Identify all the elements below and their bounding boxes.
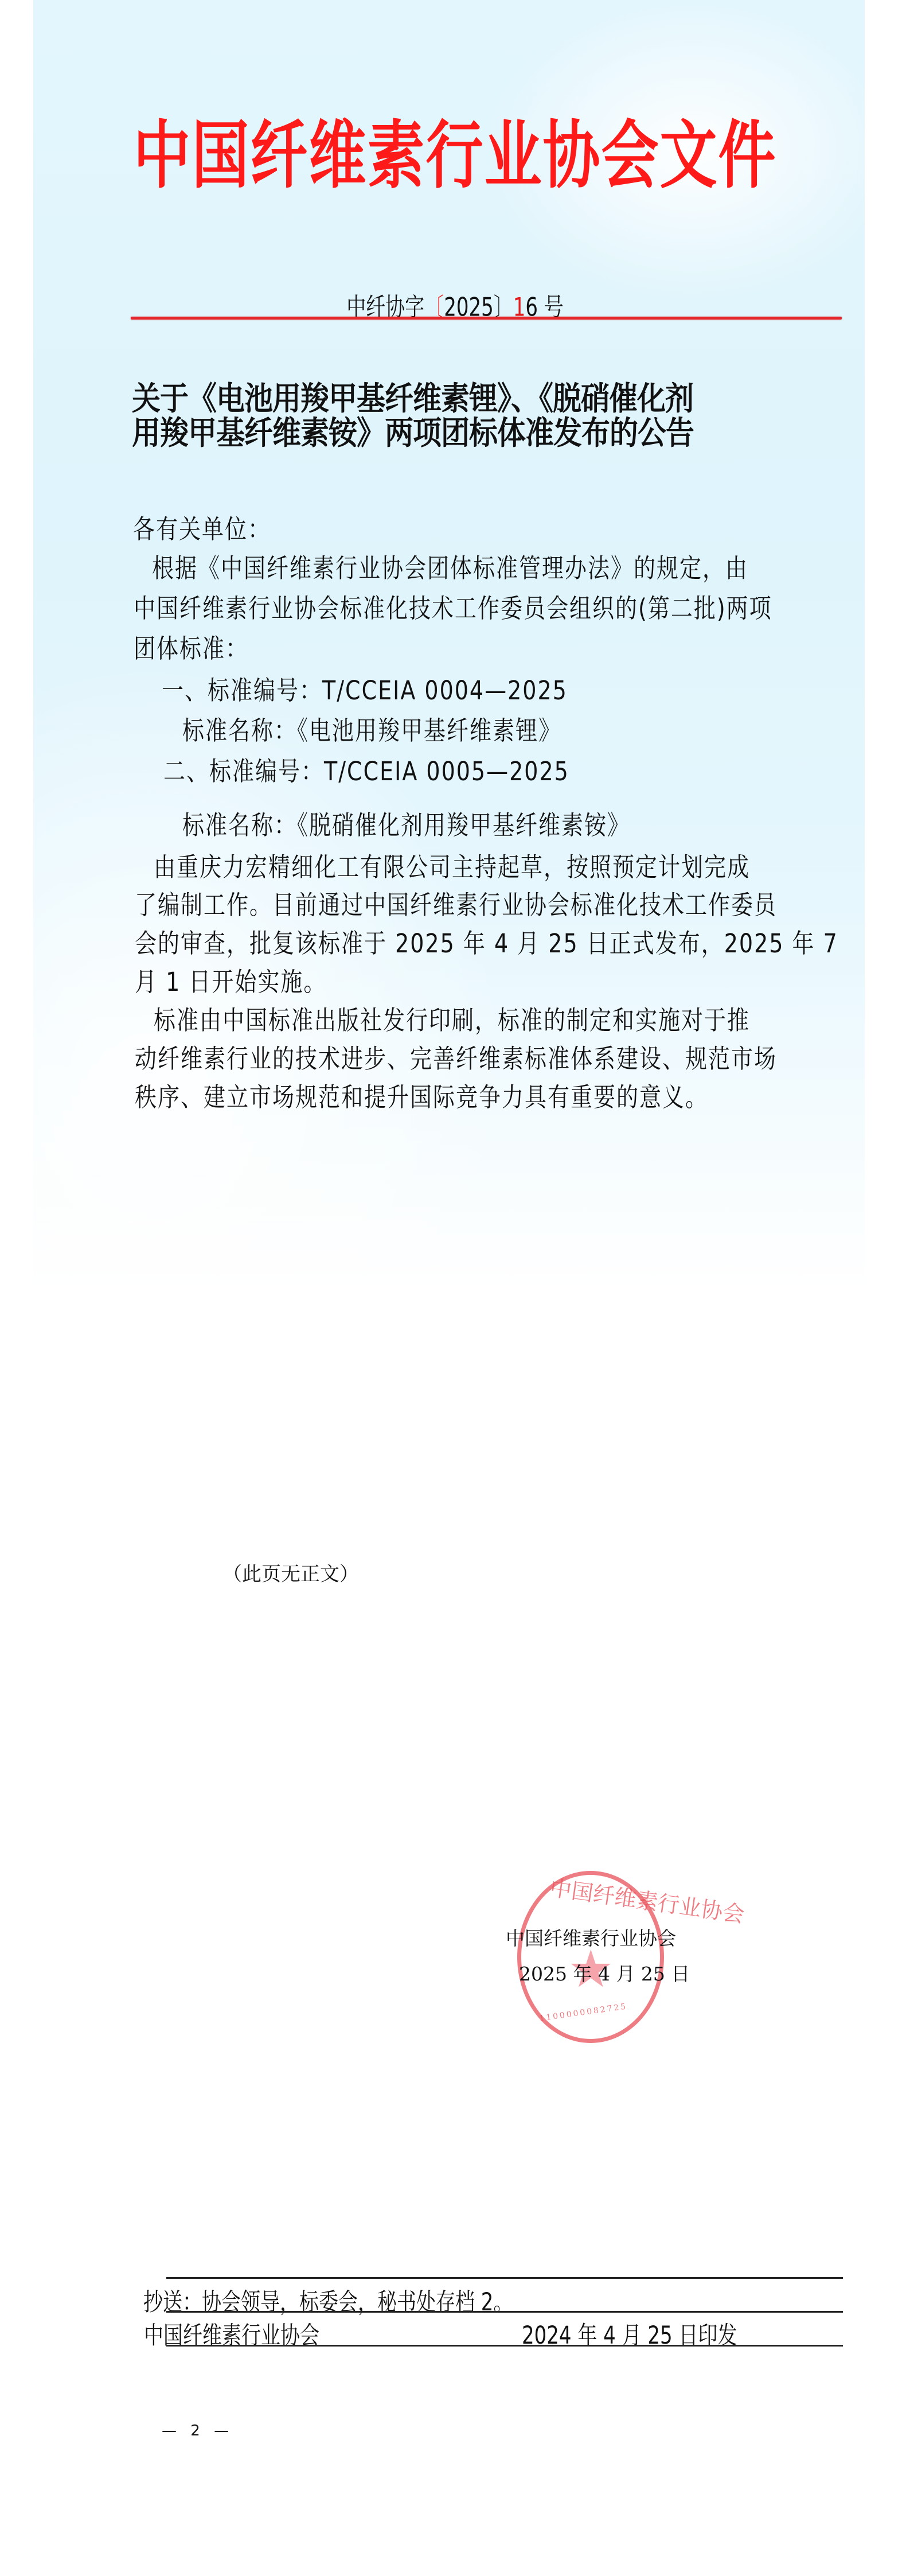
paragraph-1-line-2: 中国纤维素行业协会标准化技术工作委员会组织的(第二批)两项 [134, 587, 772, 625]
document-page: 中国纤维素行业协会文件 中纤协字〔2025〕16 号 关于《电池用羧甲基纤维素锂… [0, 0, 910, 2576]
paragraph-2-line-3: 会的审查，批复该标准于 2025 年 4 月 25 日正式发布，2025 年 7 [135, 922, 838, 960]
standard-1-code-row: 一、标准编号：T/CCEIA 0004—2025 [162, 669, 568, 707]
announcement-title-line-2: 用羧甲基纤维素铵》两项团标体准发布的公告 [132, 407, 694, 454]
standard-2-index-label: 二、标准编号： [163, 756, 324, 787]
standard-1-index-label: 一、标准编号： [162, 675, 322, 706]
red-divider-line [131, 317, 842, 320]
paragraph-1-line-1: 根据《中国纤维素行业协会团体标准管理办法》的规定，由 [152, 547, 748, 585]
paragraph-3-line-3: 秩序、建立市场规范和提升国际竞争力具有重要的意义。 [135, 1076, 708, 1114]
paragraph-2-line-2: 了编制工作。目前通过中国纤维素行业协会标准化技术工作委员 [135, 884, 777, 921]
no-body-text-note: （此页无正文） [222, 1558, 359, 1586]
footer-rule-top [166, 2277, 843, 2279]
standard-1-code: T/CCEIA 0004—2025 [322, 675, 568, 706]
paragraph-2-line-1: 由重庆力宏精细化工有限公司主持起草，按照预定计划完成 [154, 846, 750, 884]
paragraph-3-line-1: 标准由中国标准出版社发行印刷，标准的制定和实施对于推 [154, 999, 750, 1037]
standard-2-code-row: 二、标准编号：T/CCEIA 0005—2025 [163, 750, 569, 788]
masthead-title: 中国纤维素行业协会文件 [0, 96, 910, 202]
footer-rule-bottom [166, 2345, 843, 2347]
paragraph-1-line-3: 团体标准： [134, 627, 248, 665]
footer-rule-middle [166, 2311, 843, 2313]
standard-1-name-row: 标准名称：《电池用羧甲基纤维素锂》 [182, 709, 561, 747]
signature-organization: 中国纤维素行业协会 [506, 1924, 676, 1951]
standard-2-code: T/CCEIA 0005—2025 [324, 756, 569, 787]
salutation: 各有关单位： [133, 508, 271, 546]
page-number: — 2 — [162, 2422, 233, 2439]
standard-2-name: 《脱硝催化剂用羧甲基纤维素铵》 [297, 810, 630, 840]
standard-2-name-row: 标准名称：《脱硝催化剂用羧甲基纤维素铵》 [182, 804, 630, 842]
paragraph-3-line-2: 动纤维素行业的技术进步、完善纤维素标准体系建设、规范市场 [135, 1037, 777, 1075]
standard-2-name-label: 标准名称： [182, 810, 297, 840]
standard-1-name: 《电池用羧甲基纤维素锂》 [297, 715, 561, 746]
signature-date: 2025 年 4 月 25 日 [519, 1959, 690, 1986]
standard-1-name-label: 标准名称： [182, 715, 297, 746]
paragraph-2-line-4: 月 1 日开始实施。 [135, 960, 326, 998]
